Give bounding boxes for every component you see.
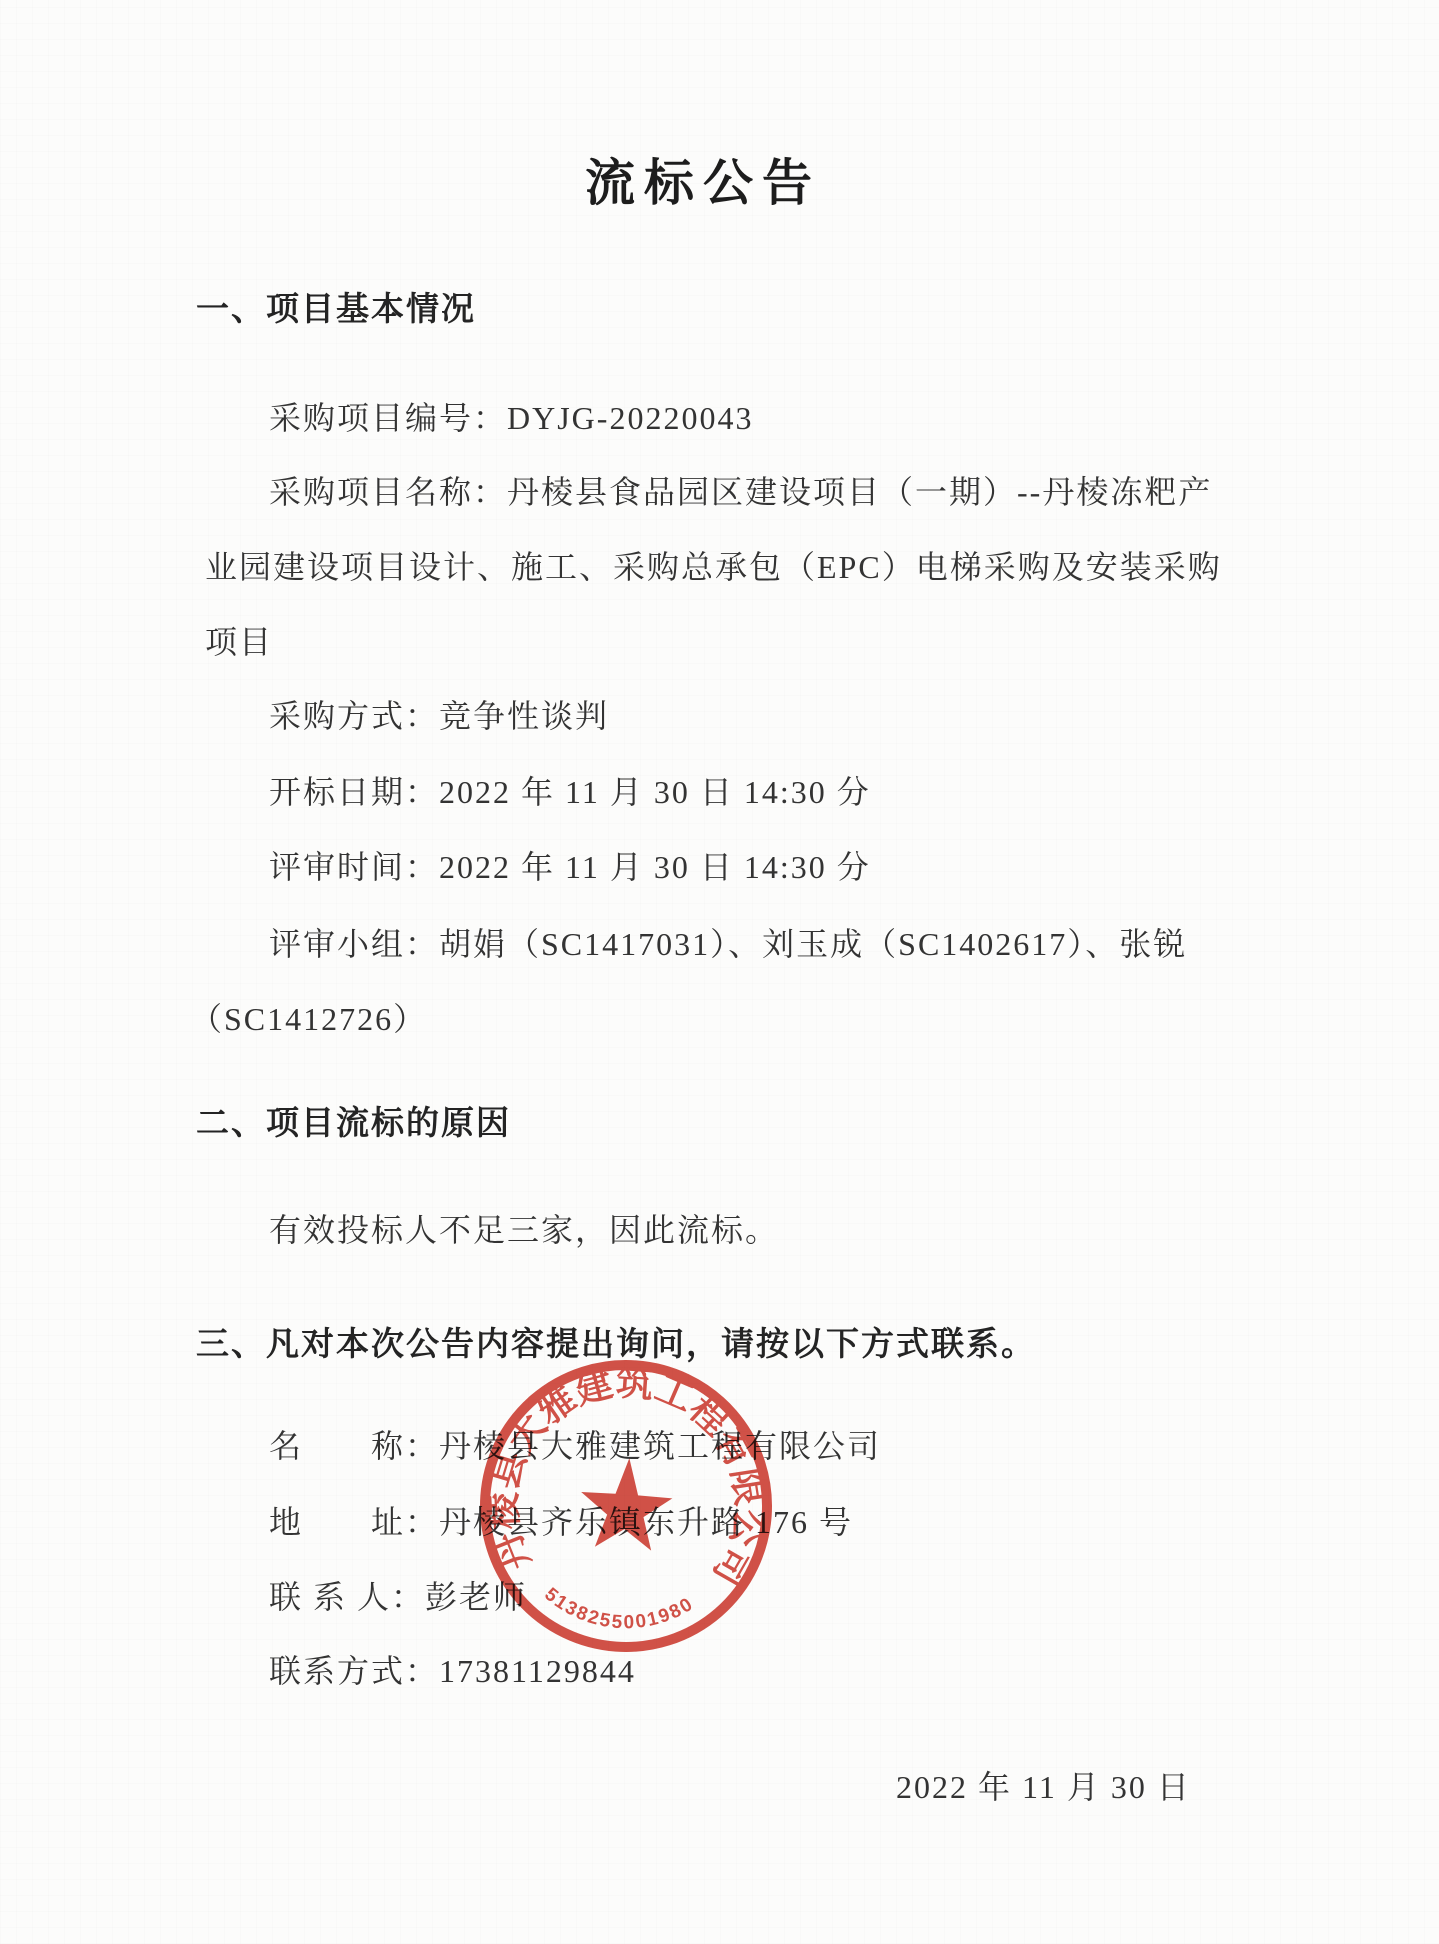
project-name-line1: 采购项目名称：丹棱县食品园区建设项目（一期）--丹棱冻粑产 — [269, 476, 1212, 508]
scanned-document-page: 流标公告 一、项目基本情况 采购项目编号：DYJG-20220043 采购项目名… — [0, 0, 1439, 1944]
review-panel-line1: 评审小组：胡娟（SC1417031）、刘玉成（SC1402617）、张锐 — [269, 928, 1187, 960]
contact-phone-line: 联系方式：17381129844 — [269, 1655, 636, 1687]
company-seal-stamp-icon: 丹棱县大雅建筑工程有限公司 5138255001980 — [462, 1342, 791, 1671]
project-name-line2: 业园建设项目设计、施工、采购总承包（EPC）电梯采购及安装采购 — [205, 551, 1222, 583]
sign-date: 2022 年 11 月 30 日 — [896, 1771, 1191, 1803]
section1-heading: 一、项目基本情况 — [196, 292, 476, 325]
bid-open-date-line: 开标日期：2022 年 11 月 30 日 14:30 分 — [269, 776, 871, 808]
failure-reason-line: 有效投标人不足三家，因此流标。 — [269, 1214, 779, 1246]
procurement-method-line: 采购方式：竞争性谈判 — [269, 700, 609, 732]
seal-star-icon — [577, 1455, 675, 1552]
project-number-line: 采购项目编号：DYJG-20220043 — [269, 402, 753, 434]
review-time-line: 评审时间：2022 年 11 月 30 日 14:30 分 — [269, 851, 871, 883]
document-title: 流标公告 — [0, 158, 1406, 208]
section2-heading: 二、项目流标的原因 — [196, 1106, 511, 1139]
project-name-line3: 项目 — [205, 626, 273, 658]
review-panel-line2: （SC1412726） — [190, 1003, 427, 1035]
